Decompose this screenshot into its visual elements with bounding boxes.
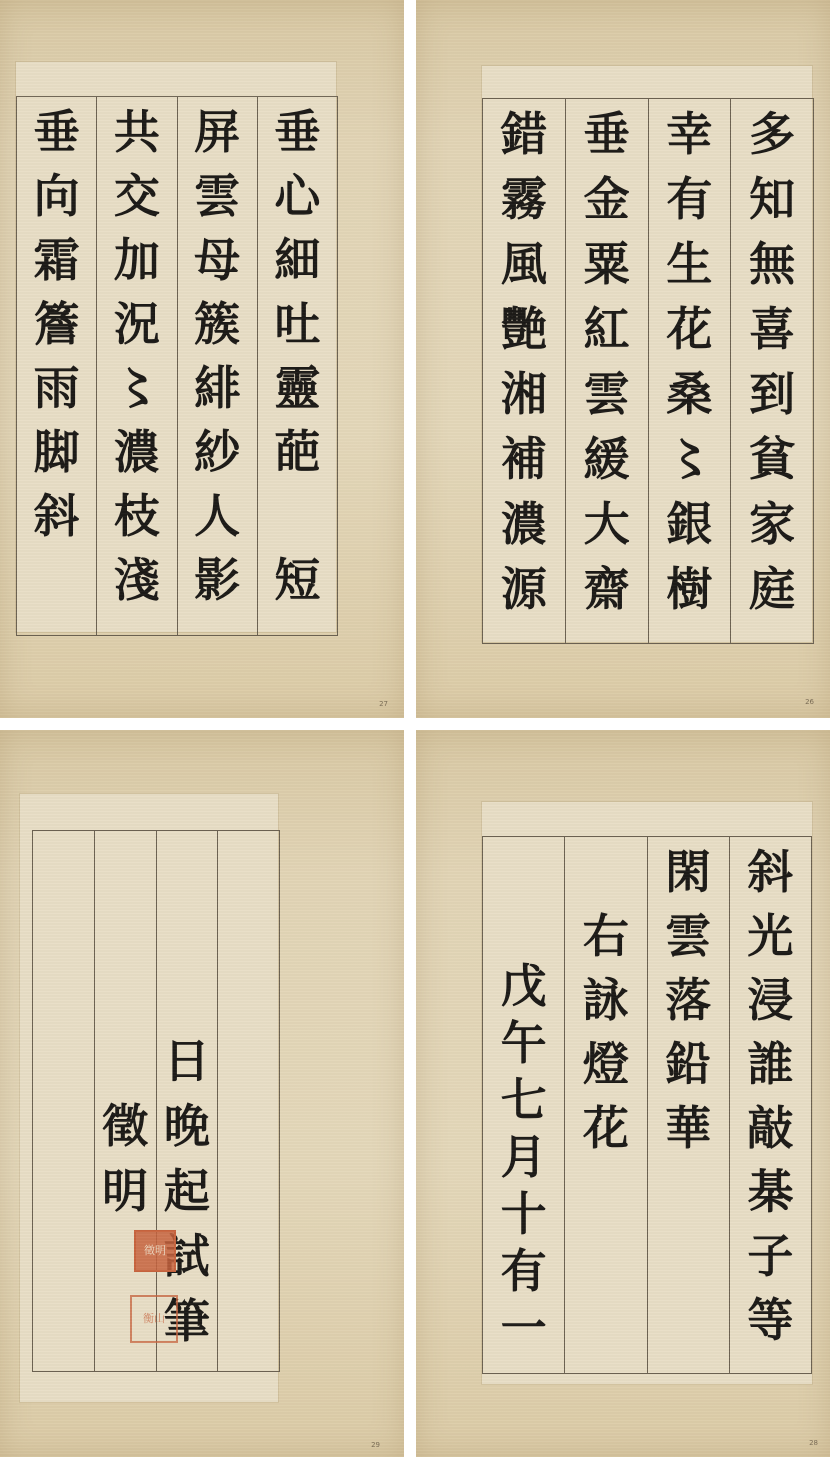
calligraphy-character: 細 <box>274 237 320 283</box>
calligraphy-character: 日 <box>164 1038 210 1084</box>
calligraphy-character: 心 <box>274 173 320 219</box>
calligraphy-character: 霜 <box>34 237 80 283</box>
album-leaf-top-left: 垂心細吐靈葩 短 屏雲母簇緋紗人影 共交加況〻濃枝淺 垂向霜簷雨脚斜 27 <box>0 0 404 718</box>
calligraphy-character: 錯 <box>501 111 547 157</box>
calligraphy-character: 雲 <box>665 913 711 959</box>
calligraphy-character: 淺 <box>114 557 160 603</box>
calligraphy-character: 斜 <box>747 849 793 895</box>
calligraphy-character: 有 <box>666 176 712 222</box>
album-leaf-bottom-left: 日晚起試筆 徵明 徵明 衡山 29 <box>0 730 404 1457</box>
calligraphy-character: 霧 <box>501 176 547 222</box>
calligraphy-character: 補 <box>501 436 547 482</box>
calligraphy-character: 簇 <box>194 301 240 347</box>
calligraphy-character: 緋 <box>194 365 240 411</box>
calligraphy-character: 源 <box>501 566 547 612</box>
calligraphy-character: 屏 <box>194 109 240 155</box>
calligraphy-character: 到 <box>749 371 795 417</box>
text-column-4: 垂向霜簷雨脚斜 <box>17 97 96 635</box>
calligraphy-character: 風 <box>501 241 547 287</box>
calligraphy-character: 鉛 <box>665 1041 711 1087</box>
calligraphy-character: 共 <box>114 109 160 155</box>
calligraphy-character: 知 <box>749 176 795 222</box>
calligraphy-character: 落 <box>665 977 711 1023</box>
calligraphy-character: 大 <box>584 501 630 547</box>
calligraphy-character: 喜 <box>749 306 795 352</box>
calligraphy-character: 晚 <box>164 1103 210 1149</box>
calligraphy-character: 雲 <box>584 371 630 417</box>
calligraphy-character: 燈 <box>583 1041 629 1087</box>
text-column-1 <box>217 831 279 1371</box>
calligraphy-character: 銀 <box>666 501 712 547</box>
calligraphy-character: 貧 <box>749 436 795 482</box>
calligraphy-character <box>102 1038 148 1084</box>
album-leaf-bottom-right: 斜光浸誰敲棊子等 閑雲落鉛華 右詠燈花 戊午七月十有一 28 <box>416 730 830 1457</box>
text-column-4 <box>33 831 94 1371</box>
calligraphy-character: 閑 <box>665 849 711 895</box>
calligraphy-character: 誰 <box>747 1041 793 1087</box>
text-column-4: 錯霧風艷湘補濃源 <box>483 99 565 643</box>
calligraphy-character: 花 <box>666 306 712 352</box>
calligraphy-character: 一 <box>501 1305 547 1351</box>
red-seal-outline: 衡山 <box>130 1295 178 1343</box>
calligraphy-character: 樹 <box>666 566 712 612</box>
calligraphy-character: 垂 <box>274 109 320 155</box>
calligraphy-character: 〻 <box>666 436 712 482</box>
calligraphy-character: 紗 <box>194 429 240 475</box>
calligraphy-character: 敲 <box>747 1105 793 1151</box>
ruled-column-grid: 垂心細吐靈葩 短 屏雲母簇緋紗人影 共交加況〻濃枝淺 垂向霜簷雨脚斜 <box>16 96 338 636</box>
calligraphy-character: 七 <box>501 1077 547 1123</box>
calligraphy-character <box>501 849 547 895</box>
calligraphy-character: 靈 <box>274 365 320 411</box>
calligraphy-character: 齋 <box>584 566 630 612</box>
calligraphy-character: 雨 <box>34 365 80 411</box>
calligraphy-character <box>164 843 210 889</box>
text-column-2: 屏雲母簇緋紗人影 <box>177 97 257 635</box>
calligraphy-character: 午 <box>501 1020 547 1066</box>
text-column-3: 共交加況〻濃枝淺 <box>96 97 176 635</box>
calligraphy-character: 濃 <box>501 501 547 547</box>
page-number: 29 <box>371 1441 380 1449</box>
calligraphy-character <box>164 973 210 1019</box>
calligraphy-character: 雲 <box>194 173 240 219</box>
text-column-1: 垂心細吐靈葩 短 <box>257 97 337 635</box>
calligraphy-character <box>583 849 629 895</box>
calligraphy-character: 垂 <box>584 111 630 157</box>
calligraphy-character <box>164 908 210 954</box>
calligraphy-character: 月 <box>501 1134 547 1180</box>
calligraphy-character: 生 <box>666 241 712 287</box>
calligraphy-character: 簷 <box>34 301 80 347</box>
red-seal-square: 徵明 <box>134 1230 176 1272</box>
calligraphy-character: 浸 <box>747 977 793 1023</box>
text-column-2: 日晚起試筆 <box>156 831 218 1371</box>
page-number: 27 <box>379 700 388 708</box>
calligraphy-character: 家 <box>749 501 795 547</box>
calligraphy-character: 緩 <box>584 436 630 482</box>
page-number: 28 <box>809 1439 818 1447</box>
calligraphy-character <box>274 493 320 539</box>
calligraphy-character <box>102 908 148 954</box>
text-column-1: 斜光浸誰敲棊子等 <box>729 837 811 1373</box>
calligraphy-character: 光 <box>747 913 793 959</box>
calligraphy-character: 棊 <box>747 1169 793 1215</box>
calligraphy-character: 多 <box>749 111 795 157</box>
text-column-3: 右詠燈花 <box>564 837 646 1373</box>
calligraphy-character <box>102 843 148 889</box>
calligraphy-character: 濃 <box>114 429 160 475</box>
calligraphy-character: 脚 <box>34 429 80 475</box>
calligraphy-character: 加 <box>114 237 160 283</box>
calligraphy-character: 枝 <box>114 493 160 539</box>
ruled-column-grid: 日晚起試筆 徵明 <box>32 830 280 1372</box>
text-column-3: 徵明 <box>94 831 156 1371</box>
text-column-4: 戊午七月十有一 <box>483 837 564 1373</box>
calligraphy-character: 戊 <box>501 963 547 1009</box>
calligraphy-character: 庭 <box>749 566 795 612</box>
calligraphy-character: 短 <box>274 557 320 603</box>
calligraphy-character <box>102 973 148 1019</box>
text-column-3: 垂金粟紅雲緩大齋 <box>565 99 648 643</box>
calligraphy-character: 桑 <box>666 371 712 417</box>
calligraphy-character: 母 <box>194 237 240 283</box>
calligraphy-character: 紅 <box>584 306 630 352</box>
calligraphy-character: 垂 <box>34 109 80 155</box>
calligraphy-character: 詠 <box>583 977 629 1023</box>
calligraphy-character: 十 <box>501 1191 547 1237</box>
text-column-2: 閑雲落鉛華 <box>647 837 729 1373</box>
calligraphy-character: 金 <box>584 176 630 222</box>
calligraphy-character: 艷 <box>501 306 547 352</box>
calligraphy-character: 明 <box>102 1168 148 1214</box>
calligraphy-character: 起 <box>164 1168 210 1214</box>
calligraphy-character: 右 <box>583 913 629 959</box>
calligraphy-character: 無 <box>749 241 795 287</box>
calligraphy-character: 花 <box>583 1105 629 1151</box>
text-column-1: 多知無喜到貧家庭 <box>730 99 813 643</box>
calligraphy-character: 華 <box>665 1105 711 1151</box>
page-number: 26 <box>805 698 814 706</box>
calligraphy-character: 粟 <box>584 241 630 287</box>
calligraphy-character: 斜 <box>34 493 80 539</box>
calligraphy-character: 湘 <box>501 371 547 417</box>
ruled-column-grid: 斜光浸誰敲棊子等 閑雲落鉛華 右詠燈花 戊午七月十有一 <box>482 836 812 1374</box>
calligraphy-character: 葩 <box>274 429 320 475</box>
calligraphy-character: 交 <box>114 173 160 219</box>
calligraphy-character: 向 <box>34 173 80 219</box>
text-column-2: 幸有生花桑〻銀樹 <box>648 99 731 643</box>
album-leaf-top-right: 多知無喜到貧家庭 幸有生花桑〻銀樹 垂金粟紅雲緩大齋 錯霧風艷湘補濃源 26 <box>416 0 830 718</box>
calligraphy-character: 徵 <box>102 1103 148 1149</box>
calligraphy-character: 等 <box>747 1297 793 1343</box>
calligraphy-character: 況 <box>114 301 160 347</box>
calligraphy-character: 吐 <box>274 301 320 347</box>
calligraphy-character <box>501 906 547 952</box>
calligraphy-character: 人 <box>194 493 240 539</box>
calligraphy-character: 影 <box>194 557 240 603</box>
calligraphy-character: 子 <box>747 1233 793 1279</box>
calligraphy-character: 有 <box>501 1248 547 1294</box>
calligraphy-character: 〻 <box>114 365 160 411</box>
ruled-column-grid: 多知無喜到貧家庭 幸有生花桑〻銀樹 垂金粟紅雲緩大齋 錯霧風艷湘補濃源 <box>482 98 814 644</box>
calligraphy-character: 幸 <box>666 111 712 157</box>
